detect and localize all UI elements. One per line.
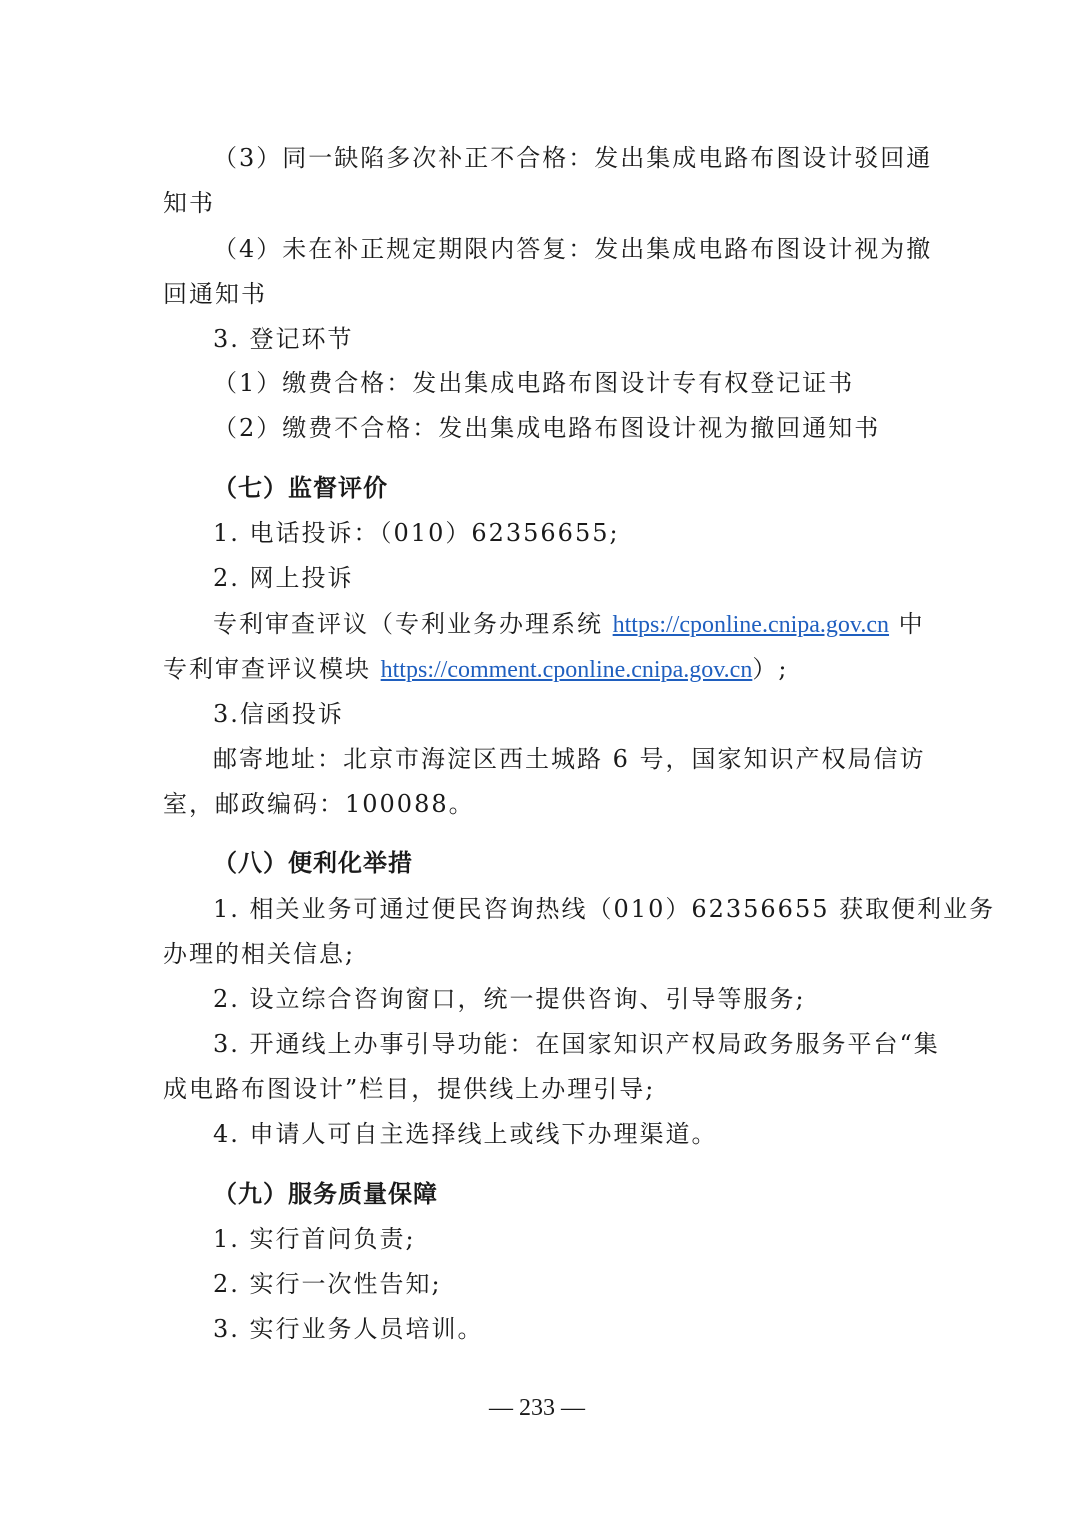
review-text: ）; [752, 655, 788, 683]
subheading-registration: 3. 登记环节 [213, 324, 354, 354]
list-item-hotline: 1. 相关业务可通过便民咨询热线（010）62356655 获取便利业务 [213, 894, 995, 924]
list-item-letter-complaint: 3.信函投诉 [213, 699, 344, 729]
section-heading-convenience: （八）便利化举措 [213, 848, 413, 878]
review-text: 中 [889, 610, 925, 638]
list-item-online-guide: 3. 开通线上办事引导功能：在国家知识产权局政务服务平台“集 [213, 1029, 940, 1059]
paragraph-continuation: 知书 [163, 188, 215, 218]
paragraph-fee-fail: （2）缴费不合格：发出集成电路布图设计视为撤回通知书 [213, 413, 880, 443]
paragraph-review: 专利审查评议（专利业务办理系统 https://cponline.cnipa.g… [213, 609, 925, 640]
page-number: — 233 — [0, 1395, 1074, 1422]
paragraph-review-continuation: 专利审查评议模块 https://comment.cponline.cnipa.… [163, 654, 788, 685]
list-item-channel: 4. 申请人可自主选择线上或线下办理渠道。 [213, 1119, 718, 1149]
list-item-window: 2. 设立综合咨询窗口，统一提供咨询、引导等服务; [213, 984, 806, 1014]
list-item-training: 3. 实行业务人员培训。 [213, 1314, 484, 1344]
list-item-online-complaint: 2. 网上投诉 [213, 563, 354, 593]
section-heading-supervision: （七）监督评价 [213, 473, 388, 503]
paragraph-item-3-reject: （3）同一缺陷多次补正不合格：发出集成电路布图设计驳回通 [213, 143, 932, 173]
paragraph-address: 邮寄地址：北京市海淀区西土城路 6 号，国家知识产权局信访 [213, 744, 926, 774]
cponline-link[interactable]: https://cponline.cnipa.gov.cn [613, 612, 889, 638]
list-item-continuation: 办理的相关信息; [163, 939, 355, 969]
list-item-first-ask: 1. 实行首问负责; [213, 1224, 416, 1254]
list-item-one-time-notice: 2. 实行一次性告知; [213, 1269, 442, 1299]
list-item-continuation: 成电路布图设计”栏目，提供线上办理引导; [163, 1074, 655, 1104]
paragraph-fee-ok: （1）缴费合格：发出集成电路布图设计专有权登记证书 [213, 368, 854, 398]
review-text: 专利审查评议模块 [163, 655, 381, 683]
paragraph-item-4-withdraw: （4）未在补正规定期限内答复：发出集成电路布图设计视为撤 [213, 234, 932, 264]
paragraph-continuation: 回通知书 [163, 279, 267, 309]
list-item-phone-complaint: 1. 电话投诉：（010）62356655; [213, 518, 620, 548]
comment-link[interactable]: https://comment.cponline.cnipa.gov.cn [381, 657, 753, 683]
paragraph-address-continuation: 室，邮政编码：100088。 [163, 789, 475, 819]
section-heading-quality: （九）服务质量保障 [213, 1179, 438, 1209]
review-text: 专利审查评议（专利业务办理系统 [213, 610, 613, 638]
